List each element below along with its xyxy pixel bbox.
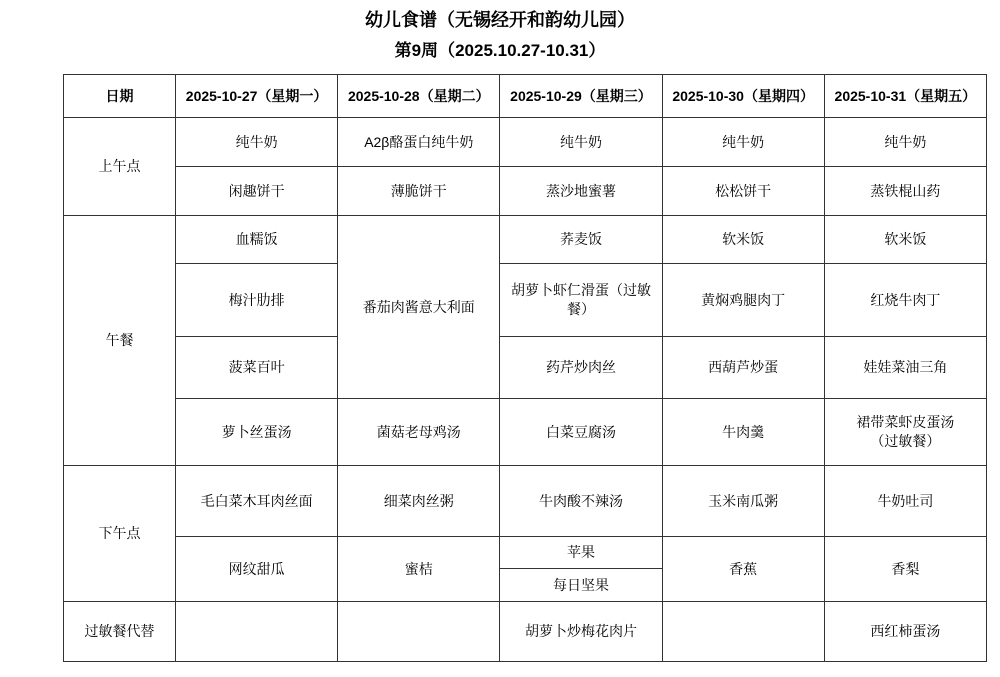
menu-cell: 纯牛奶 — [824, 118, 986, 167]
menu-cell-merged: 番茄肉酱意大利面 — [338, 216, 500, 399]
menu-page: 幼儿食谱（无锡经开和韵幼儿园） 第9周（2025.10.27-10.31） 日期… — [0, 0, 1000, 677]
weekly-menu-table: 日期 2025-10-27（星期一） 2025-10-28（星期二） 2025-… — [63, 74, 987, 662]
page-subtitle: 第9周（2025.10.27-10.31） — [0, 31, 1000, 61]
menu-cell-merged: 蜜桔 — [338, 537, 500, 602]
header-day-monday: 2025-10-27（星期一） — [176, 75, 338, 118]
menu-cell: 药芹炒肉丝 — [500, 337, 662, 399]
menu-cell: 红烧牛肉丁 — [824, 264, 986, 337]
menu-cell: 松松饼干 — [662, 167, 824, 216]
menu-cell: 菌菇老母鸡汤 — [338, 399, 500, 466]
menu-cell — [662, 602, 824, 662]
menu-cell: 牛肉羹 — [662, 399, 824, 466]
menu-cell — [176, 602, 338, 662]
header-day-friday: 2025-10-31（星期五） — [824, 75, 986, 118]
menu-cell-merged: 网纹甜瓜 — [176, 537, 338, 602]
menu-cell: 菠菜百叶 — [176, 337, 338, 399]
header-row: 日期 2025-10-27（星期一） 2025-10-28（星期二） 2025-… — [64, 75, 987, 118]
menu-cell: 萝卜丝蛋汤 — [176, 399, 338, 466]
menu-cell: 娃娃菜油三角 — [824, 337, 986, 399]
header-day-wednesday: 2025-10-29（星期三） — [500, 75, 662, 118]
menu-cell: 胡萝卜虾仁滑蛋（过敏 餐） — [500, 264, 662, 337]
menu-cell: 薄脆饼干 — [338, 167, 500, 216]
page-title: 幼儿食谱（无锡经开和韵幼儿园） — [0, 0, 1000, 31]
allergy-substitute-row: 过敏餐代替 胡萝卜炒梅花肉片 西红柿蛋汤 — [64, 602, 987, 662]
menu-cell: 梅汁肋排 — [176, 264, 338, 337]
menu-cell: 蒸沙地蜜薯 — [500, 167, 662, 216]
menu-cell: 牛奶吐司 — [824, 466, 986, 537]
menu-cell: 胡萝卜炒梅花肉片 — [500, 602, 662, 662]
morning-snack-row-1: 上午点 纯牛奶 A2β酪蛋白纯牛奶 纯牛奶 纯牛奶 纯牛奶 — [64, 118, 987, 167]
menu-cell: 毛白菜木耳肉丝面 — [176, 466, 338, 537]
header-date-label: 日期 — [64, 75, 176, 118]
lunch-row-4: 萝卜丝蛋汤 菌菇老母鸡汤 白菜豆腐汤 牛肉羹 裙带菜虾皮蛋汤 （过敏餐） — [64, 399, 987, 466]
header-day-thursday: 2025-10-30（星期四） — [662, 75, 824, 118]
morning-snack-row-2: 闲趣饼干 薄脆饼干 蒸沙地蜜薯 松松饼干 蒸铁棍山药 — [64, 167, 987, 216]
menu-cell: 黄焖鸡腿肉丁 — [662, 264, 824, 337]
menu-cell: 软米饭 — [824, 216, 986, 264]
menu-cell-merged: 香梨 — [824, 537, 986, 602]
menu-cell: 血糯饭 — [176, 216, 338, 264]
afternoon-snack-row-2: 网纹甜瓜 蜜桔 苹果 香蕉 香梨 — [64, 537, 987, 569]
lunch-row-1: 午餐 血糯饭 番茄肉酱意大利面 荞麦饭 软米饭 软米饭 — [64, 216, 987, 264]
menu-cell: 纯牛奶 — [500, 118, 662, 167]
menu-cell: 苹果 — [500, 537, 662, 569]
menu-cell: 纯牛奶 — [176, 118, 338, 167]
lunch-row-2: 梅汁肋排 胡萝卜虾仁滑蛋（过敏 餐） 黄焖鸡腿肉丁 红烧牛肉丁 — [64, 264, 987, 337]
menu-cell: 每日坚果 — [500, 569, 662, 602]
section-label-afternoon-snack: 下午点 — [64, 466, 176, 602]
menu-cell-merged: 香蕉 — [662, 537, 824, 602]
menu-cell: 蒸铁棍山药 — [824, 167, 986, 216]
menu-cell: 牛肉酸不辣汤 — [500, 466, 662, 537]
menu-cell: 细菜肉丝粥 — [338, 466, 500, 537]
menu-cell: 闲趣饼干 — [176, 167, 338, 216]
section-label-allergy: 过敏餐代替 — [64, 602, 176, 662]
menu-cell — [338, 602, 500, 662]
menu-cell: 西葫芦炒蛋 — [662, 337, 824, 399]
menu-cell: 裙带菜虾皮蛋汤 （过敏餐） — [824, 399, 986, 466]
section-label-morning-snack: 上午点 — [64, 118, 176, 216]
menu-cell: 西红柿蛋汤 — [824, 602, 986, 662]
section-label-lunch: 午餐 — [64, 216, 176, 466]
menu-cell: 玉米南瓜粥 — [662, 466, 824, 537]
menu-cell: 白菜豆腐汤 — [500, 399, 662, 466]
menu-cell: 纯牛奶 — [662, 118, 824, 167]
lunch-row-3: 菠菜百叶 药芹炒肉丝 西葫芦炒蛋 娃娃菜油三角 — [64, 337, 987, 399]
menu-cell: 软米饭 — [662, 216, 824, 264]
afternoon-snack-row-1: 下午点 毛白菜木耳肉丝面 细菜肉丝粥 牛肉酸不辣汤 玉米南瓜粥 牛奶吐司 — [64, 466, 987, 537]
menu-cell: 荞麦饭 — [500, 216, 662, 264]
menu-cell: A2β酪蛋白纯牛奶 — [338, 118, 500, 167]
header-day-tuesday: 2025-10-28（星期二） — [338, 75, 500, 118]
